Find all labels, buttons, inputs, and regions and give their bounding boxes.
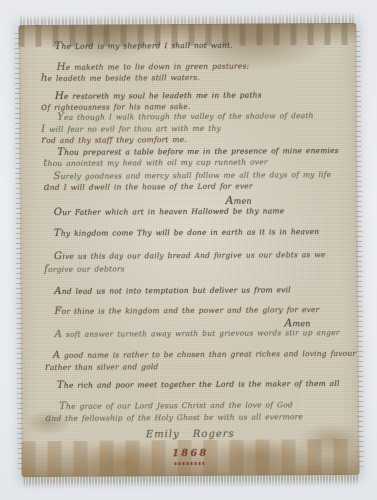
sampler-line: and the fellowship of the Holy Ghost be …	[45, 411, 303, 424]
sampler-line: Yea though I walk through the valley of …	[57, 110, 314, 123]
sampler-line: I will fear no evil for thou art with me…	[41, 123, 221, 135]
sampler-line: and I will dwell in the house of the Lor…	[44, 181, 253, 193]
sampler-line: He restoreth my soul he leadeth me in th…	[55, 89, 262, 101]
sampler-line: he leadeth me beside the still waters.	[41, 72, 200, 84]
year-stitch: 1868	[21, 447, 359, 460]
sampler-line: Our Father which art in heaven Hallowed …	[54, 205, 285, 218]
stitched-text-layer: Emily Rogers 1868 The Lord is my shepher…	[18, 23, 359, 477]
sampler-line: A soft answer turneth away wrath but gri…	[55, 327, 340, 340]
sampler-fabric: Emily Rogers 1868 The Lord is my shepher…	[18, 23, 359, 477]
sampler-line: For thine is the kingdom and the power a…	[54, 304, 319, 317]
sampler-line: Give us this day our daily bread And for…	[54, 249, 326, 262]
sampler-line: thou anointest my head with oil my cup r…	[43, 156, 267, 169]
signature: Emily Rogers	[21, 428, 359, 441]
sampler-line: forgive our debtors	[44, 263, 125, 275]
zigzag-stitch	[174, 462, 204, 465]
sampler-line: And lead us not into temptation but deli…	[54, 284, 291, 297]
sampler-line: He maketh me to lie down in green pastur…	[57, 61, 250, 73]
sampler-line: A good name is rather to be chosen than …	[53, 348, 357, 361]
photo-backdrop: Emily Rogers 1868 The Lord is my shepher…	[0, 0, 377, 500]
sampler-line: Thy kingdom come Thy will be done in ear…	[54, 226, 319, 239]
sampler-line: The rich and poor meet together the Lord…	[57, 378, 340, 391]
sampler-line: The Lord is my shepherd I shall not want…	[55, 40, 233, 52]
sampler-line: The grace of our Lord Jesus Christ and t…	[59, 399, 293, 412]
sampler-line: rather than silver and gold	[45, 361, 159, 373]
sampler-line: rod and thy staff they comfort me.	[41, 134, 187, 146]
